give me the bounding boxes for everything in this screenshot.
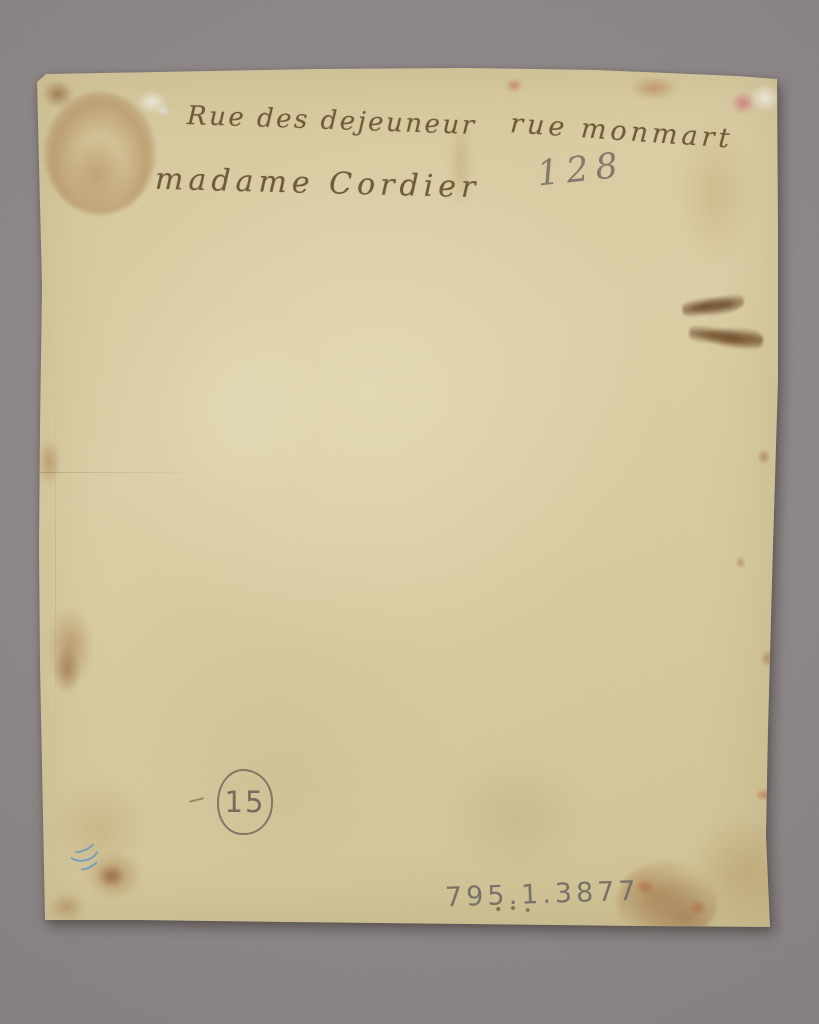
stain-blob xyxy=(42,80,74,108)
stain-blob xyxy=(629,76,679,100)
blue-collector-mark xyxy=(58,834,112,886)
photograph-scene: Rue des dejeuneur rue monmart madame Cor… xyxy=(0,0,819,1024)
stain-blob xyxy=(45,92,155,214)
pencil-dash xyxy=(189,797,204,803)
stain-wash xyxy=(51,778,151,878)
stain-spot xyxy=(760,649,775,668)
stain-spot xyxy=(755,788,773,802)
paper-crease xyxy=(37,472,212,473)
stain-scribble xyxy=(681,289,746,321)
paint-speck xyxy=(155,104,171,117)
stain-patch xyxy=(447,756,587,876)
circled-number: 15 xyxy=(225,785,266,819)
stain-spot xyxy=(689,900,707,916)
stain-patch xyxy=(147,296,327,516)
stain-spot xyxy=(735,556,746,569)
stain-spot xyxy=(757,449,771,465)
stain-blob xyxy=(65,138,129,212)
stain-pink-spot xyxy=(731,92,755,114)
paint-speck xyxy=(749,84,781,112)
stain-blob xyxy=(47,606,93,688)
pencil-street-number: 128 xyxy=(535,146,627,195)
inventory-number: 795.1.3877 xyxy=(445,876,641,914)
stain-blob xyxy=(37,438,61,486)
stain-blob xyxy=(49,892,85,922)
stain-scribble xyxy=(688,320,765,355)
paint-speck xyxy=(137,90,167,114)
pencil-circle: 15 xyxy=(217,769,273,835)
stain-wash xyxy=(689,814,801,932)
paper-sheet: Rue des dejeuneur rue monmart madame Cor… xyxy=(37,66,778,928)
stain-blob xyxy=(505,78,523,93)
ink-inscription-name: madame Cordier xyxy=(155,162,481,206)
stain-blob xyxy=(85,852,143,900)
stain-patch xyxy=(187,706,367,866)
stain-blob xyxy=(97,864,125,888)
paper-crease xyxy=(55,366,56,766)
paper-shadow-wrap: Rue des dejeuneur rue monmart madame Cor… xyxy=(0,0,819,1024)
ink-inscription-street-left: Rue des dejeuneur xyxy=(187,101,478,141)
stain-blob xyxy=(53,646,81,694)
